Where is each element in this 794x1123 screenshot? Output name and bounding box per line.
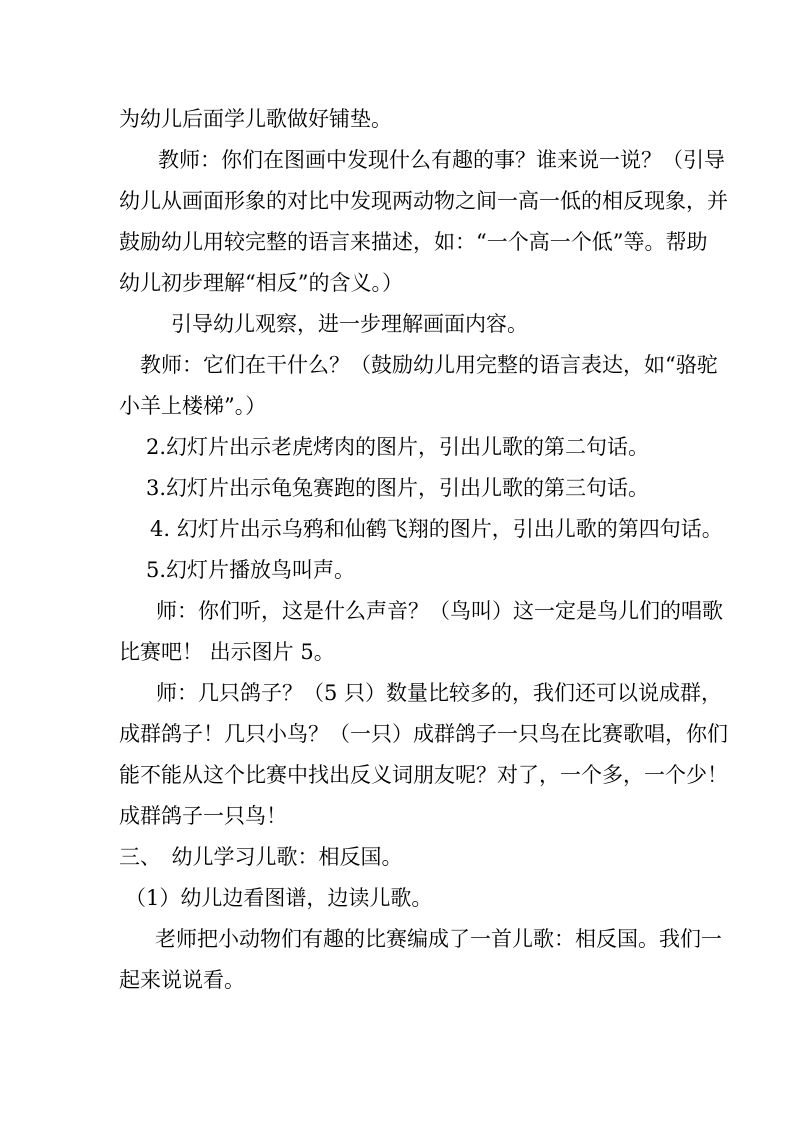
text-line: 师：你们听，这是什么声音？（鸟叫）这一定是鸟儿们的唱歌	[119, 591, 734, 632]
text-line: 引导幼儿观察，进一步理解画面内容。	[119, 304, 734, 345]
text-line: 教师：你们在图画中发现什么有趣的事？谁来说一说？（引导	[119, 140, 734, 181]
text-line: 能不能从这个比赛中找出反义词朋友呢？对了，一个多，一个少！	[119, 755, 734, 796]
text-line: 5.幻灯片播放鸟叫声。	[119, 550, 734, 591]
text-line: 教师：它们在干什么？（鼓励幼儿用完整的语言表达，如“骆驼	[119, 345, 734, 386]
text-line: 3.幻灯片出示龟兔赛跑的图片，引出儿歌的第三句话。	[119, 468, 734, 509]
text-line: 成群鸽子！几只小鸟？（一只）成群鸽子一只鸟在比赛歌唱，你们	[119, 714, 734, 755]
text-line: 成群鸽子一只鸟！	[119, 796, 734, 837]
text-line: 为幼儿后面学儿歌做好铺垫。	[119, 99, 734, 140]
text-line: 幼儿从画面形象的对比中发现两动物之间一高一低的相反现象，并	[119, 181, 734, 222]
text-line: 幼儿初步理解“相反”的含义。）	[119, 263, 734, 304]
text-line: 师：几只鸽子？（5 只）数量比较多的，我们还可以说成群，	[119, 673, 734, 714]
text-line: 起来说说看。	[119, 960, 734, 1001]
text-line: 老师把小动物们有趣的比赛编成了一首儿歌：相反国。我们一	[119, 919, 734, 960]
text-line: 比赛吧！ 出示图片 5。	[119, 632, 734, 673]
text-line: 4. 幻灯片出示乌鸦和仙鹤飞翔的图片，引出儿歌的第四句话。	[119, 509, 734, 550]
document-page: 为幼儿后面学儿歌做好铺垫。 教师：你们在图画中发现什么有趣的事？谁来说一说？（引…	[0, 0, 794, 1123]
text-line: （1）幼儿边看图谱，边读儿歌。	[119, 878, 734, 919]
text-line: 鼓励幼儿用较完整的语言来描述，如：“一个高一个低”等。帮助	[119, 222, 734, 263]
text-line: 三、 幼儿学习儿歌：相反国。	[119, 837, 734, 878]
text-line: 小羊上楼梯”。）	[119, 386, 734, 427]
text-line: 2.幻灯片出示老虎烤肉的图片，引出儿歌的第二句话。	[119, 427, 734, 468]
